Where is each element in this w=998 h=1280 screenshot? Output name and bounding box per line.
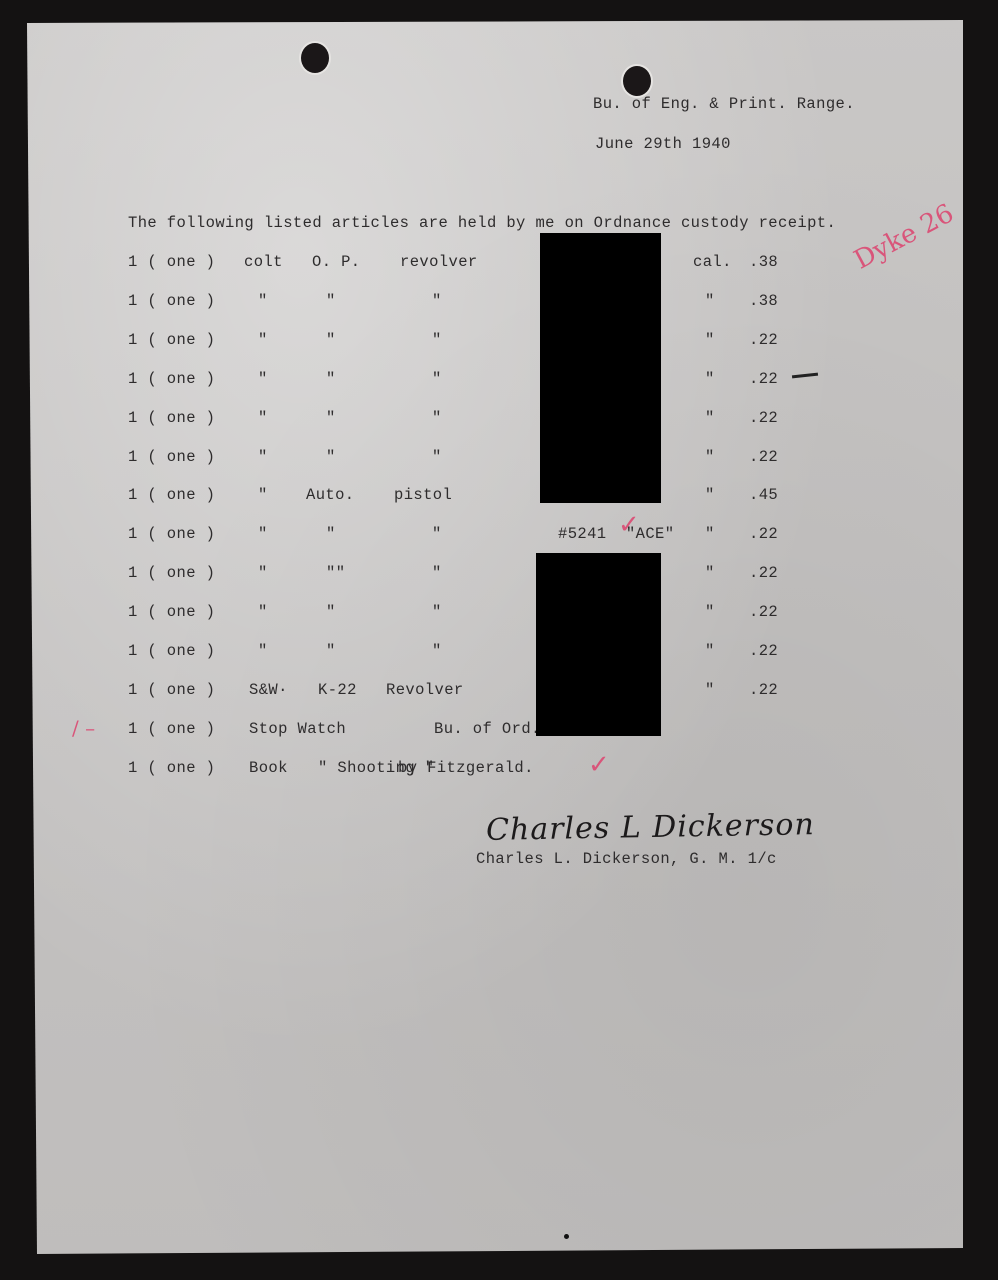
item-c2: " xyxy=(326,448,336,466)
item-c3: " xyxy=(432,642,442,660)
intro-statement: The following listed articles are held b… xyxy=(128,214,836,232)
item-serial: #5241 "ACE" xyxy=(558,525,674,543)
handwritten-signature: Charles L Dickerson xyxy=(486,807,815,848)
item-qty: 1 ( one ) xyxy=(128,292,215,310)
item-c3: by Fitzgerald. xyxy=(398,759,534,777)
item-c3: " xyxy=(432,525,442,543)
item-caliber: .22 xyxy=(749,448,778,466)
document-date: June 29th 1940 xyxy=(595,135,731,153)
item-caliber: .22 xyxy=(749,681,778,699)
item-qty: 1 ( one ) xyxy=(128,603,215,621)
item-qty: 1 ( one ) xyxy=(128,525,215,543)
item-ditto: " xyxy=(705,409,715,427)
item-c1: " xyxy=(258,409,268,427)
item-c2: Auto. xyxy=(306,486,355,504)
item-ditto: " xyxy=(705,525,715,543)
item-c3: revolver xyxy=(400,253,478,271)
item-c3: Bu. of Ord. xyxy=(434,720,541,738)
redaction-block-top xyxy=(540,233,661,503)
item-qty: 1 ( one ) xyxy=(128,253,215,271)
item-qty: 1 ( one ) xyxy=(128,564,215,582)
item-ditto: " xyxy=(705,486,715,504)
item-caliber: .45 xyxy=(749,486,778,504)
item-c1: Book xyxy=(249,759,288,777)
item-caliber: .22 xyxy=(749,409,778,427)
item-c1: " xyxy=(258,642,268,660)
item-ditto: cal. xyxy=(693,253,732,271)
item-ditto: " xyxy=(705,603,715,621)
item-c2: " xyxy=(326,525,336,543)
item-caliber: .22 xyxy=(749,331,778,349)
red-check-mark-icon: ✓ xyxy=(588,750,610,780)
punch-hole-left xyxy=(301,43,329,73)
item-c2: " xyxy=(326,603,336,621)
item-c2: K-22 xyxy=(318,681,357,699)
item-c1: " xyxy=(258,292,268,310)
item-ditto: " xyxy=(705,292,715,310)
item-c3: " xyxy=(432,564,442,582)
item-qty: 1 ( one ) xyxy=(128,409,215,427)
item-c2: "" xyxy=(326,564,345,582)
item-c3: " xyxy=(432,370,442,388)
office-heading: Bu. of Eng. & Print. Range. xyxy=(593,95,855,113)
item-ditto: " xyxy=(705,642,715,660)
item-caliber: .22 xyxy=(749,642,778,660)
item-c1: Stop Watch xyxy=(249,720,346,738)
item-c1: colt xyxy=(244,253,283,271)
paper-sheet xyxy=(0,0,998,1280)
item-c3: Revolver xyxy=(386,681,464,699)
item-c2: " xyxy=(326,409,336,427)
item-ditto: " xyxy=(705,370,715,388)
item-qty: 1 ( one ) xyxy=(128,486,215,504)
item-ditto: " xyxy=(705,331,715,349)
item-c2: O. P. xyxy=(312,253,361,271)
item-c2: " xyxy=(326,292,336,310)
redaction-block-bottom xyxy=(536,553,661,736)
item-qty: 1 ( one ) xyxy=(128,370,215,388)
red-margin-mark: / – xyxy=(72,716,95,740)
item-c1: " xyxy=(258,564,268,582)
item-caliber: .22 xyxy=(749,370,778,388)
item-ditto: " xyxy=(705,448,715,466)
item-c2: " xyxy=(326,370,336,388)
item-caliber: .22 xyxy=(749,603,778,621)
item-c1: " xyxy=(258,370,268,388)
item-qty: 1 ( one ) xyxy=(128,681,215,699)
item-caliber: .22 xyxy=(749,525,778,543)
item-c2: " xyxy=(326,331,336,349)
item-qty: 1 ( one ) xyxy=(128,759,215,777)
item-qty: 1 ( one ) xyxy=(128,448,215,466)
item-c1: S&W· xyxy=(249,681,288,699)
item-c1: " xyxy=(258,603,268,621)
item-c1: " xyxy=(258,331,268,349)
item-caliber: .38 xyxy=(749,292,778,310)
item-qty: 1 ( one ) xyxy=(128,331,215,349)
item-c1: " xyxy=(258,525,268,543)
red-check-mark-icon: ✓ xyxy=(618,510,640,540)
item-caliber: .38 xyxy=(749,253,778,271)
item-c3: " xyxy=(432,448,442,466)
item-c3: " xyxy=(432,292,442,310)
item-ditto: " xyxy=(705,564,715,582)
item-ditto: " xyxy=(705,681,715,699)
item-qty: 1 ( one ) xyxy=(128,720,215,738)
typed-signature: Charles L. Dickerson, G. M. 1/c xyxy=(476,850,777,868)
item-c3: " xyxy=(432,331,442,349)
item-c3: " xyxy=(432,409,442,427)
item-c3: pistol xyxy=(394,486,452,504)
item-caliber: .22 xyxy=(749,564,778,582)
item-c1: " xyxy=(258,448,268,466)
item-c3: " xyxy=(432,603,442,621)
punch-hole-right xyxy=(623,66,651,96)
item-c1: " xyxy=(258,486,268,504)
ink-dot xyxy=(564,1234,569,1239)
item-c2: " xyxy=(326,642,336,660)
item-qty: 1 ( one ) xyxy=(128,642,215,660)
